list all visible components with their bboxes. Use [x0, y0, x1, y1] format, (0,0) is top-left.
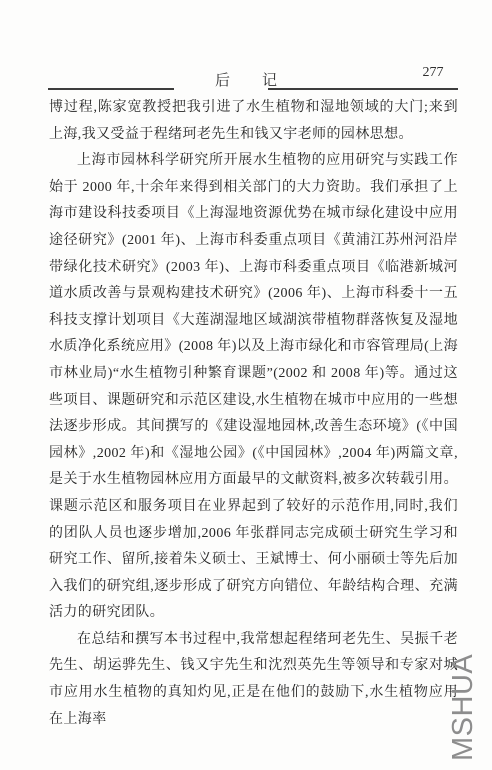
paragraph-acknowledgements: 在总结和撰写本书过程中,我常想起程绪珂老先生、吴振千老先生、胡运骅先生、钱又宇先… — [49, 627, 458, 733]
watermark-text: MSHUA — [447, 645, 479, 761]
header-title-char-2: 记 — [262, 73, 277, 89]
paragraph-continuation: 博过程,陈家宽教授把我引进了水生植物和湿地领域的大门;来到上海,我又受益于程绪珂… — [49, 95, 458, 148]
page-body: 博过程,陈家宽教授把我引进了水生植物和湿地领域的大门;来到上海,我又受益于程绪珂… — [49, 95, 458, 733]
book-page: 后记 277 博过程,陈家宽教授把我引进了水生植物和湿地领域的大门;来到上海,我… — [0, 0, 492, 770]
page-number: 277 — [413, 65, 453, 81]
paragraph-research-projects: 上海市园林科学研究所开展水生植物的应用研究与实践工作始于 2000 年,十余年来… — [49, 148, 458, 627]
header-title-char-1: 后 — [215, 73, 230, 89]
header-rule-right — [268, 88, 458, 90]
